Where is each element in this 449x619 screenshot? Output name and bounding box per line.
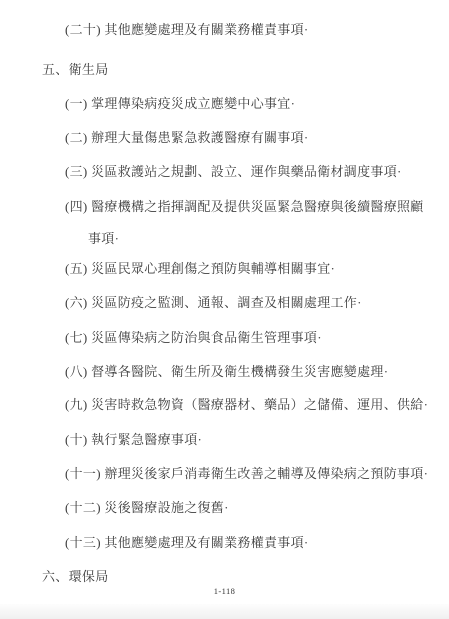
list-item: (七) 災區傳染病之防治與食品衛生管理事項·	[65, 330, 322, 345]
section-heading-environmental-bureau: 六、環保局	[42, 569, 109, 584]
list-item: (十) 執行緊急醫療事項·	[65, 432, 202, 447]
list-item: (二十) 其他應變處理及有關業務權責事項·	[65, 22, 309, 37]
list-item: (十一) 辦理災後家戶消毒衛生改善之輔導及傳染病之預防事項·	[65, 466, 428, 481]
list-item: (四) 醫療機構之指揮調配及提供災區緊急醫療與後續醫療照顧	[65, 199, 424, 214]
list-item: (二) 辦理大量傷患緊急救護醫療有關事項·	[65, 130, 309, 145]
list-item: (十三) 其他應變處理及有關業務權責事項·	[65, 535, 309, 550]
list-item: (一) 掌理傳染病疫災成立應變中心事宜·	[65, 96, 295, 111]
page-number: 1-118	[0, 586, 449, 596]
list-item: (五) 災區民眾心理創傷之預防與輔導相關事宜·	[65, 261, 335, 276]
list-item: (九) 災害時救急物資（醫療器材、藥品）之儲備、運用、供給·	[65, 397, 428, 412]
list-item-continuation: 事項·	[88, 231, 119, 246]
list-item: (十二) 災後醫療設施之復舊·	[65, 500, 229, 515]
list-item: (三) 災區救護站之規劃、設立、運作與藥品衛材調度事項·	[65, 164, 402, 179]
list-item: (八) 督導各醫院、衛生所及衛生機構發生災害應變處理·	[65, 364, 388, 379]
list-item: (六) 災區防疫之監測、通報、調查及相關處理工作·	[65, 295, 362, 310]
document-page: (二十) 其他應變處理及有關業務權責事項· 五、衛生局 (一) 掌理傳染病疫災成…	[0, 0, 449, 619]
page-edge-strip	[0, 604, 449, 619]
section-heading-health-bureau: 五、衛生局	[42, 62, 109, 77]
